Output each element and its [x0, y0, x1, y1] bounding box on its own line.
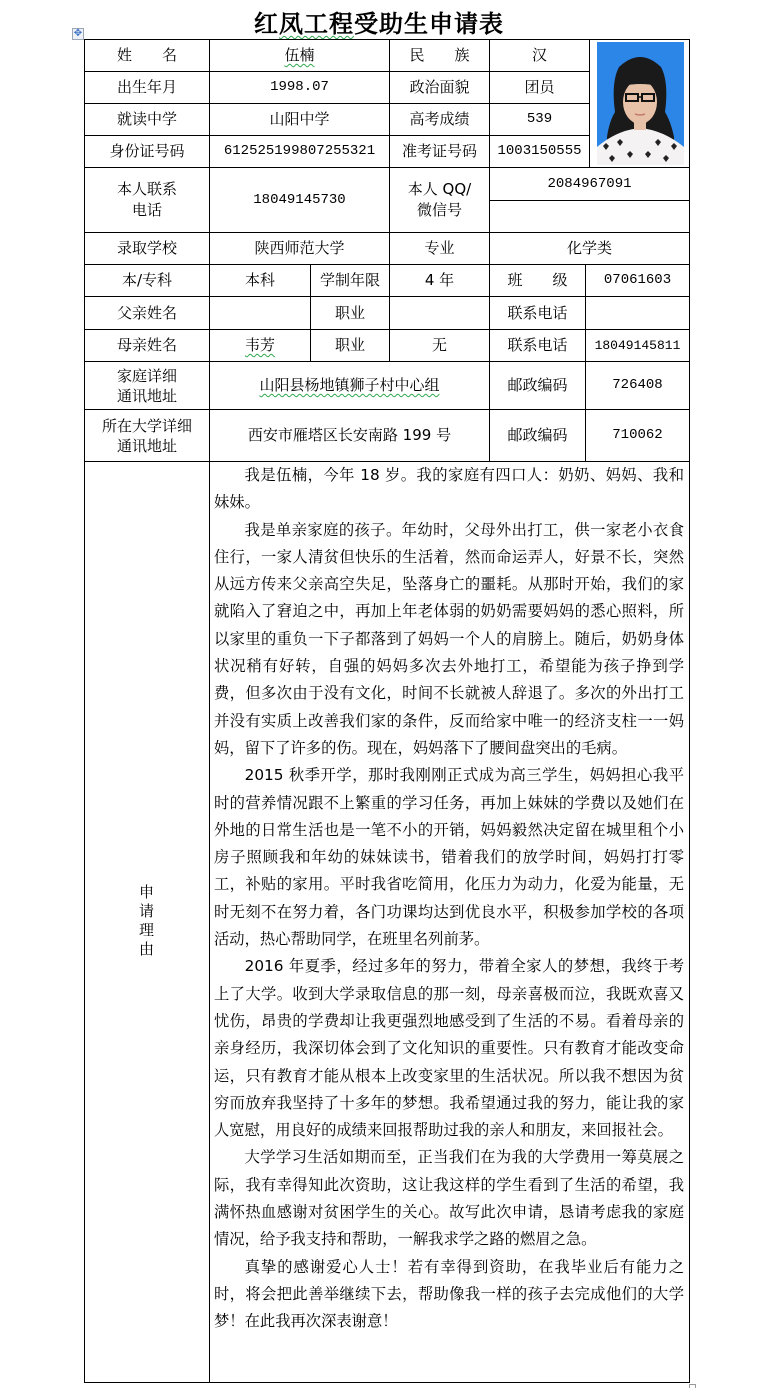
value-political[interactable]: 团员: [490, 72, 589, 103]
value-university-address[interactable]: 西安市雁塔区长安南路 199 号: [210, 410, 489, 461]
value-high-school[interactable]: 山阳中学: [210, 104, 389, 135]
value-qq[interactable]: 2084967091: [490, 168, 689, 200]
value-father-phone[interactable]: [586, 297, 689, 329]
label-line-2: 通讯地址: [117, 436, 177, 456]
table-resize-handle-icon[interactable]: [689, 1384, 696, 1388]
reason-paragraph-5: 大学学习生活如期而至，正当我们在为我的大学费用一筹莫展之际，我有幸得知此次资助，…: [214, 1144, 684, 1253]
value-degree-type[interactable]: 本科: [210, 265, 310, 296]
label-id-number: 身份证号码: [85, 136, 209, 167]
title-text-spellcheck: 凤工程: [279, 9, 354, 38]
label-university-zip: 邮政编码: [490, 410, 585, 461]
value-personal-phone[interactable]: 18049145730: [210, 168, 389, 232]
label-qq-wechat: 本人 QQ/ 微信号: [390, 168, 489, 232]
reason-paragraph-4: 2016 年夏季，经过多年的努力，带着全家人的梦想，我终于考上了大学。收到大学录…: [214, 953, 684, 1144]
reason-label-text: 申请理由: [136, 884, 157, 960]
label-university-address: 所在大学详细 通讯地址: [85, 410, 209, 461]
value-mother-phone[interactable]: 18049145811: [586, 330, 689, 361]
name-text: 伍楠: [284, 45, 314, 66]
label-personal-phone: 本人联系 电话: [85, 168, 209, 232]
value-university-zip[interactable]: 710062: [586, 410, 689, 461]
label-line-2: 微信号: [417, 200, 462, 221]
label-mother-job: 职业: [311, 330, 389, 361]
reason-paragraph-2: 我是单亲家庭的孩子。年幼时，父母外出打工，供一家老小衣食住行，一家人清贫但快乐的…: [214, 517, 684, 763]
applicant-photo: [597, 42, 684, 165]
label-line-1: 所在大学详细: [102, 416, 192, 436]
label-home-address: 家庭详细 通讯地址: [85, 362, 209, 409]
label-admitted-school: 录取学校: [85, 233, 209, 264]
value-home-zip[interactable]: 726408: [586, 362, 689, 409]
value-exam-score[interactable]: 539: [490, 104, 589, 135]
value-name[interactable]: 伍楠: [210, 40, 389, 71]
document-title: 红凤工程受助生申请表: [0, 4, 758, 39]
mother-name-text: 韦芳: [245, 335, 275, 356]
label-line-1: 家庭详细: [117, 366, 177, 386]
label-line-1: 本人联系: [117, 179, 177, 200]
label-line-2: 通讯地址: [117, 386, 177, 406]
label-application-reason: 申请理由: [84, 461, 209, 1382]
label-home-zip: 邮政编码: [490, 362, 585, 409]
portrait-image-icon: [597, 42, 684, 165]
application-reason-text[interactable]: 我是伍楠，今年 18 岁。我的家庭有四口人：奶奶、妈妈、我和妹妹。 我是单亲家庭…: [214, 462, 684, 1336]
value-home-address[interactable]: 山阳县杨地镇狮子村中心组: [210, 362, 489, 409]
value-class[interactable]: 07061603: [586, 265, 689, 296]
value-mother-job[interactable]: 无: [390, 330, 489, 361]
value-exam-id[interactable]: 1003150555: [490, 136, 589, 167]
label-mother-phone: 联系电话: [490, 330, 585, 361]
value-birth[interactable]: 1998.07: [210, 72, 389, 103]
value-mother-name[interactable]: 韦芳: [210, 330, 310, 361]
label-exam-id: 准考证号码: [390, 136, 489, 167]
reason-paragraph-6: 真挚的感谢爱心人士！若有幸得到资助，在我毕业后有能力之时，将会把此善举继续下去，…: [214, 1254, 684, 1336]
value-ethnicity[interactable]: 汉: [490, 40, 589, 71]
value-father-job[interactable]: [390, 297, 489, 329]
home-address-text: 山阳县杨地镇狮子村中心组: [259, 375, 439, 396]
label-class: 班 级: [490, 265, 585, 296]
label-birth: 出生年月: [85, 72, 209, 103]
value-admitted-school[interactable]: 陕西师范大学: [210, 233, 389, 264]
label-exam-score: 高考成绩: [390, 104, 489, 135]
label-name: 姓 名: [85, 40, 209, 71]
label-degree-type: 本/专科: [85, 265, 209, 296]
label-father-job: 职业: [311, 297, 389, 329]
label-major: 专业: [390, 233, 489, 264]
label-line-2: 电话: [132, 200, 162, 221]
label-ethnicity: 民 族: [390, 40, 489, 71]
title-text-1: 红: [254, 9, 279, 38]
value-father-name[interactable]: [210, 297, 310, 329]
value-major[interactable]: 化学类: [490, 233, 689, 264]
title-text-2: 受助生申请表: [354, 9, 504, 38]
label-mother-name: 母亲姓名: [85, 330, 209, 361]
label-line-1: 本人 QQ/: [408, 179, 471, 200]
value-study-years[interactable]: 4 年: [390, 265, 489, 296]
label-father-phone: 联系电话: [490, 297, 585, 329]
label-high-school: 就读中学: [85, 104, 209, 135]
label-father-name: 父亲姓名: [85, 297, 209, 329]
value-id-number[interactable]: 612525199807255321: [210, 136, 389, 167]
table-move-handle-icon[interactable]: ✥: [72, 28, 84, 40]
label-political: 政治面貌: [390, 72, 489, 103]
label-study-years: 学制年限: [311, 265, 389, 296]
reason-paragraph-1: 我是伍楠，今年 18 岁。我的家庭有四口人：奶奶、妈妈、我和妹妹。: [214, 462, 684, 517]
value-wechat[interactable]: [490, 201, 689, 232]
reason-paragraph-3: 2015 秋季开学，那时我刚刚正式成为高三学生，妈妈担心我平时的营养情况跟不上繁…: [214, 762, 684, 953]
